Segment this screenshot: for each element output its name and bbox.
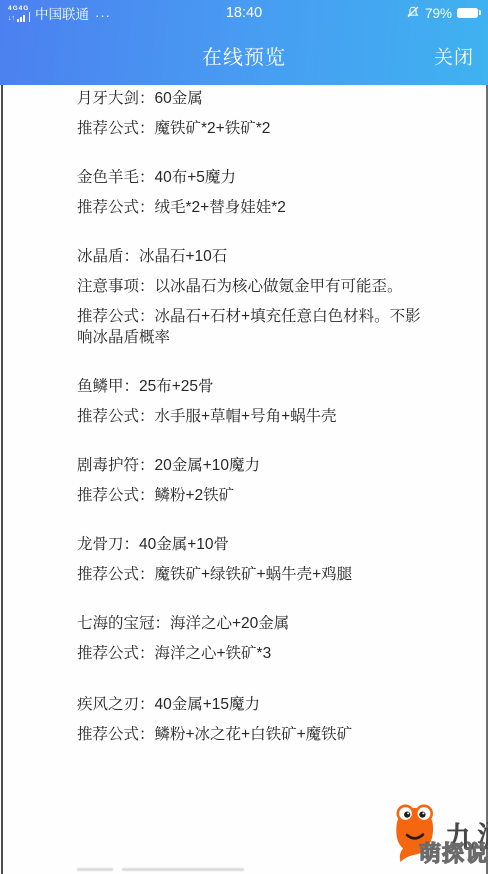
network-badge-4g-2: 4G <box>19 5 30 12</box>
recipe-list: 月牙大剑：60金属推荐公式：魔铁矿*2+铁矿*2 金色羊毛：40布+5魔力推荐公… <box>77 88 430 745</box>
updown-arrows-icon: ↓↑ <box>8 15 15 22</box>
network-cluster: 4G4G ↓↑ <box>8 6 31 23</box>
recipe-line: 剧毒护符：20金属+10魔力 <box>77 455 430 476</box>
recipe-line: 鱼鳞甲：25布+25骨 <box>77 376 430 397</box>
recipe-line: 推荐公式：绒毛*2+替身娃娃*2 <box>77 197 430 218</box>
recipe-line: 龙骨刀：40金属+10骨 <box>77 534 430 555</box>
recipe-group: 疾风之刃：40金属+15魔力推荐公式：鳞粉+冰之花+白铁矿+魔铁矿 <box>77 694 430 745</box>
recipe-line: 七海的宝冠：海洋之心+20金属 <box>77 613 430 634</box>
recipe-group: 月牙大剑：60金属推荐公式：魔铁矿*2+铁矿*2 <box>77 88 430 139</box>
status-right: 79% <box>406 5 478 22</box>
clock: 18:40 <box>226 5 262 21</box>
recipe-group: 鱼鳞甲：25布+25骨推荐公式：水手服+草帽+号角+蜗牛壳 <box>77 376 430 427</box>
mute-bell-icon <box>406 5 420 22</box>
recipe-line: 推荐公式：魔铁矿+绿铁矿+蜗牛壳+鸡腿 <box>77 564 430 585</box>
content-scroll[interactable]: 月牙大剑：60金属推荐公式：魔铁矿*2+铁矿*2 金色羊毛：40布+5魔力推荐公… <box>0 85 488 874</box>
close-button[interactable]: 关闭 <box>432 38 476 73</box>
page-title: 在线预览 <box>202 41 286 70</box>
recipe-group: 金色羊毛：40布+5魔力推荐公式：绒毛*2+替身娃娃*2 <box>77 167 430 218</box>
recipe-line: 推荐公式：鳞粉+2铁矿 <box>77 485 430 506</box>
recipe-line: 疾风之刃：40金属+15魔力 <box>77 694 430 715</box>
recipe-group: 龙骨刀：40金属+10骨推荐公式：魔铁矿+绿铁矿+蜗牛壳+鸡腿 <box>77 534 430 585</box>
status-bar: 4G4G ↓↑ 中国联通 ··· 18:40 <box>0 0 488 26</box>
recipe-line: 推荐公式：海洋之心+铁矿*3 <box>77 643 430 664</box>
nav-bar: 在线预览 关闭 <box>0 26 488 85</box>
recipe-group: 冰晶盾：冰晶石+10石注意事项：以冰晶石为核心做氪金甲有可能歪。推荐公式：冰晶石… <box>77 246 430 348</box>
status-left: 4G4G ↓↑ 中国联通 ··· <box>8 3 111 23</box>
recipe-group: 七海的宝冠：海洋之心+20金属推荐公式：海洋之心+铁矿*3 <box>77 613 430 664</box>
recipe-line: 推荐公式：鳞粉+冰之花+白铁矿+魔铁矿 <box>77 724 430 745</box>
recipe-line: 冰晶盾：冰晶石+10石 <box>77 246 430 267</box>
recipe-line: 注意事项：以冰晶石为核心做氪金甲有可能歪。 <box>77 276 430 297</box>
carrier-more-dots: ··· <box>95 8 111 23</box>
header: 4G4G ↓↑ 中国联通 ··· 18:40 <box>0 0 488 85</box>
recipe-line: 月牙大剑：60金属 <box>77 88 430 109</box>
phone-screen: 4G4G ↓↑ 中国联通 ··· 18:40 <box>0 0 488 874</box>
signal-bars-icon <box>17 14 25 22</box>
recipe-line: 推荐公式：水手服+草帽+号角+蜗牛壳 <box>77 406 430 427</box>
recipe-line: 金色羊毛：40布+5魔力 <box>77 167 430 188</box>
network-row: ↓↑ <box>8 12 31 22</box>
signal-separator <box>29 12 30 22</box>
cutoff-text-line <box>0 868 488 873</box>
network-badge-4g-1: 4G <box>8 5 19 12</box>
content-left-border <box>1 85 3 874</box>
carrier-label: 中国联通 <box>35 3 89 23</box>
battery-percent: 79% <box>425 6 452 21</box>
recipe-group: 剧毒护符：20金属+10魔力推荐公式：鳞粉+2铁矿 <box>77 455 430 506</box>
recipe-line: 推荐公式：冰晶石+石材+填充任意白色材料。不影响冰晶盾概率 <box>77 306 430 348</box>
recipe-line: 推荐公式：魔铁矿*2+铁矿*2 <box>77 118 430 139</box>
battery-icon <box>457 8 478 19</box>
